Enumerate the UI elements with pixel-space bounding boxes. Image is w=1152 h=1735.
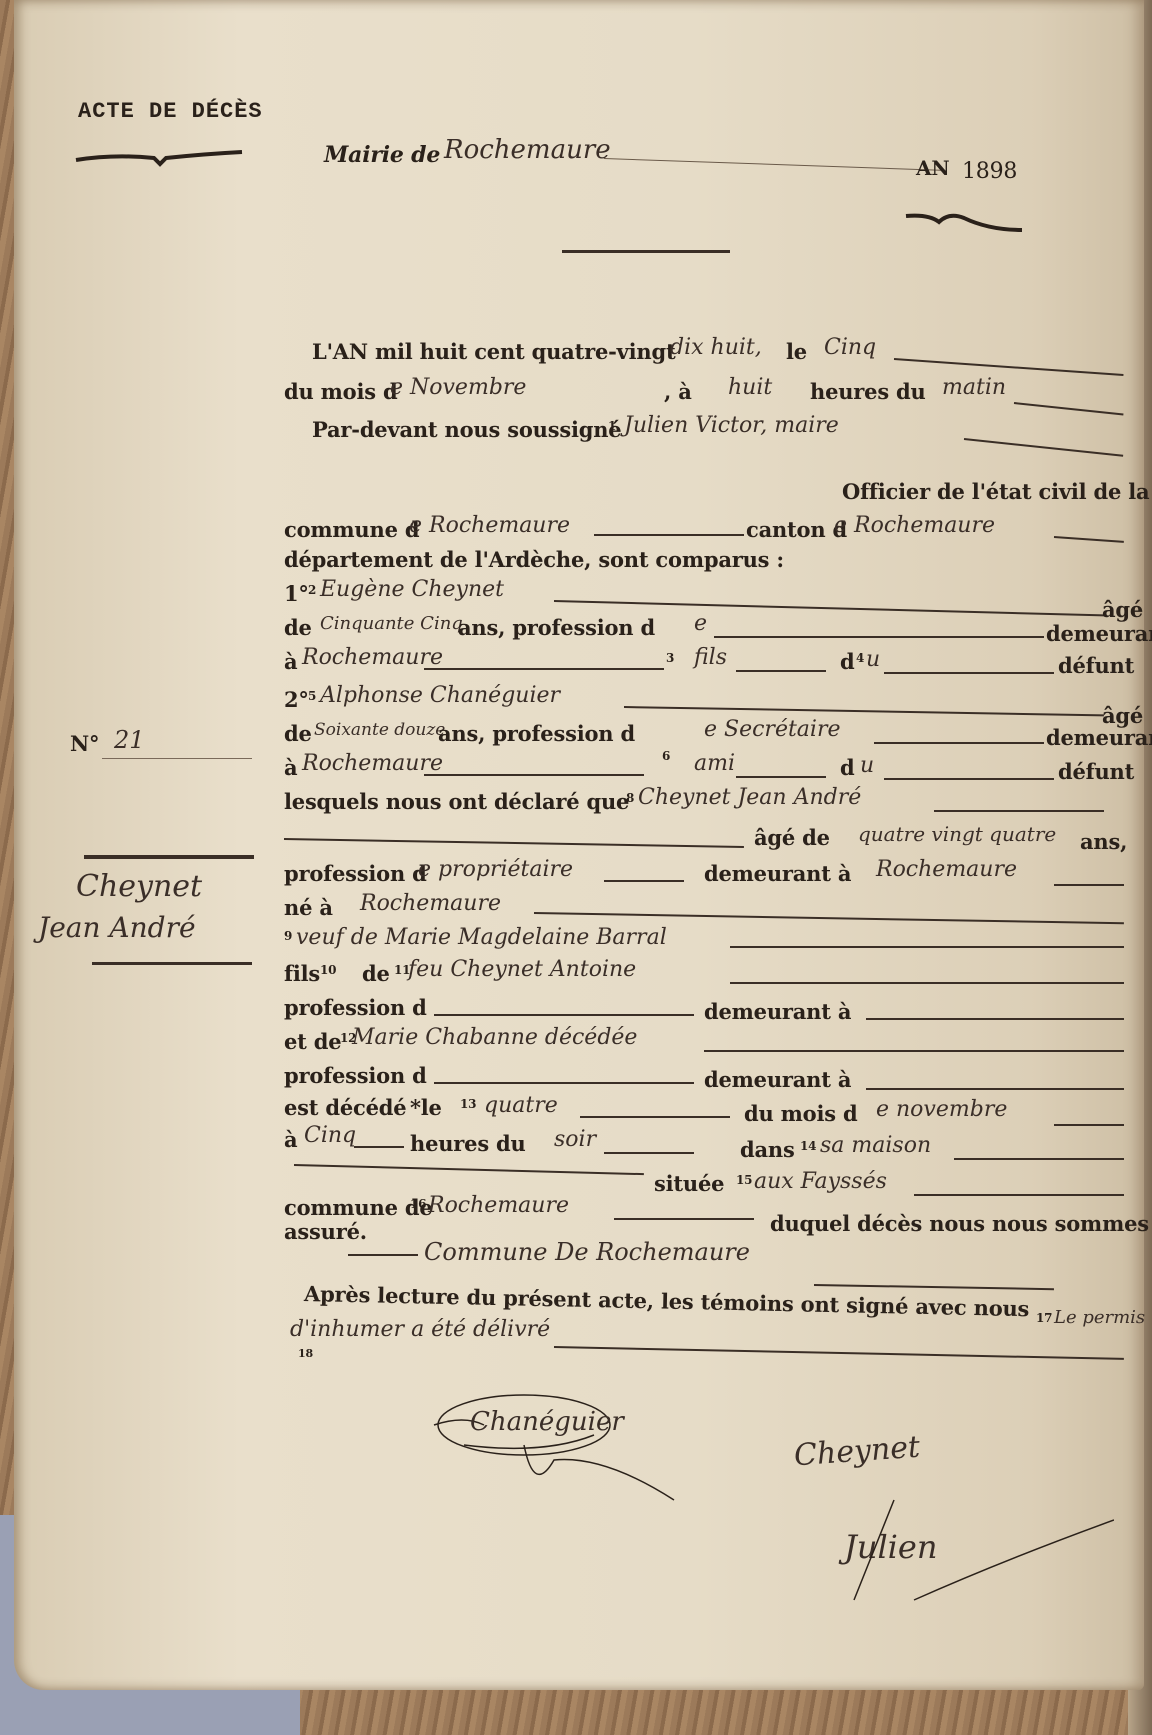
footnote-marker: 8 [626,786,634,810]
day-of-act: Cinq [824,336,876,360]
mother-label: et de [284,1030,341,1054]
fill-line [604,880,684,882]
fill-line [914,1194,1124,1196]
line1-printed: L'AN mil huit cent quatre-vingt [312,340,675,364]
death-period: soir [554,1128,596,1152]
signature-chaneguier: Chanéguier [470,1410,624,1434]
fill-line [894,358,1124,376]
witness1-a: à [284,650,297,674]
deceased-dem-label: demeurant à [704,862,851,886]
signature-cheynet: Cheynet [793,1436,920,1469]
fill-line [614,1218,754,1220]
birthplace-value: Rochemaure [360,892,501,916]
fill-line [604,1152,694,1154]
fill-line [354,1146,404,1148]
footnote-marker: 17 [1036,1306,1052,1330]
commune-note: Commune De Rochemaure [424,1240,750,1264]
deceased-age-label: âgé de [754,826,830,850]
canton-label: canton d [746,518,847,542]
fill-line [730,982,1124,984]
line2-printed: du mois d [284,380,398,404]
number-underline [102,758,252,759]
mother-name: Marie Chabanne décédée [352,1026,637,1050]
footnote-marker: 10 [320,958,336,982]
fill-line [594,534,744,536]
act-number-value: 21 [114,728,145,752]
witness2-residence: Rochemaure [302,752,443,776]
line3-printed: Par-devant nous soussigné [312,418,621,442]
footnote-marker: 14 [800,1134,816,1158]
fill-line [874,742,1044,744]
witness1-dem-label: demeurant [1046,622,1152,646]
death-day: quatre [484,1094,558,1118]
fill-line [1014,402,1124,415]
fill-line [866,1018,1124,1020]
fill-line [434,1014,694,1016]
year-value: 1898 [962,160,1017,184]
witness2-relation: ami [694,752,735,776]
footnote-marker: 16 [410,1192,426,1216]
witness1-residence: Rochemaure [302,646,443,670]
witness2-profession: e Secrétaire [704,718,841,742]
fill-line [348,1254,418,1256]
fill-line [704,1050,1124,1052]
deceased-age: quatre vingt quatre [858,822,1056,846]
fill-line [884,778,1054,780]
witness1-defunt: défunt [1058,654,1134,678]
fill-line [534,912,1124,924]
fill-line [554,600,1104,616]
mairie-line [604,158,944,171]
place-label: dans [740,1138,795,1162]
footnote-marker: 4 [856,646,864,670]
death-hour-label: heures du [410,1132,526,1156]
deceased-profession: e propriétaire [418,858,573,882]
deceased-prof-label: profession d [284,862,427,886]
death-place: sa maison [820,1134,931,1158]
witness1-de: de [284,616,312,640]
witness2-de: de [284,722,312,746]
witness1-du: u [866,648,880,672]
commune-death-value: Rochemaure [428,1194,569,1218]
witness2-age: Soixante douze [314,718,445,742]
witness1-profession: e [694,612,707,636]
line4-printed: Officier de l'état civil de la [842,480,1149,504]
fill-line [624,706,1104,716]
situee-value: aux Fayssés [754,1170,887,1194]
footnote-marker: 2 [308,578,316,602]
fill-line [866,1088,1124,1090]
birthplace-label: né à [284,896,333,920]
line2-a: , à [664,380,692,404]
death-certificate-page: ACTE DE DÉCÈS Mairie de Rochemaure AN 18… [14,0,1144,1690]
fill-line [1054,1124,1124,1126]
footnote-marker: 5 [308,684,316,708]
witness2-d: d [840,756,854,780]
spouse-info: veuf de Marie Magdelaine Barral [296,926,667,950]
fill-line [424,668,664,670]
footnote-marker: 3 [666,646,674,670]
fill-line [434,1082,694,1084]
fill-line [736,670,826,672]
duquel-text: duquel décès nous nous sommes [770,1212,1149,1236]
fill-line [964,438,1123,457]
father-name: feu Cheynet Antoine [408,958,636,982]
footnote-marker: 13 [460,1092,476,1116]
officer-name: Julien Victor, maire [624,414,839,438]
witness2-prefix: 2° [284,688,309,712]
mother-prof-label: profession d [284,1064,427,1088]
situee-label: située [654,1172,724,1196]
declaration-printed: lesquels nous ont déclaré que [284,790,629,814]
death-le: *le [410,1096,442,1120]
margin-rule-top [84,855,254,859]
fill-line [580,1116,730,1118]
deceased-residence: Rochemaure [876,858,1017,882]
witness1-name: Eugène Cheynet [320,578,504,602]
death-month-label: du mois d [744,1102,858,1126]
line1-le: le [786,340,807,364]
month-of-act: e Novembre [390,376,526,400]
act-title: ACTE DE DÉCÈS [78,100,263,124]
witness2-name: Alphonse Chanéguier [320,684,560,708]
footnote-marker: 18 [298,1342,313,1366]
death-a: à [284,1128,297,1152]
commune-value: e Rochemaure [409,514,570,538]
witness1-relation: fils [694,646,727,670]
fill-line [294,1164,644,1175]
margin-deceased-surname: Cheynet [76,870,202,904]
fill-line [814,1284,1054,1290]
commune-label: commune d [284,518,419,542]
assure-text: assuré. [284,1220,367,1244]
footnote-marker: 15 [736,1168,752,1192]
father-prof-label: profession d [284,996,427,1020]
witness1-age-label: âgé [1102,598,1143,622]
mairie-label: Mairie de [324,143,440,167]
fill-line [714,636,1044,638]
father-dem-label: demeurant à [704,1000,851,1024]
deceased-name: Cheynet Jean André [638,786,861,810]
witness2-du: u [860,754,874,778]
header-divider [562,250,730,253]
fill-line [736,776,826,778]
mother-dem-label: demeurant à [704,1068,851,1092]
margin-rule-bottom [92,962,252,965]
permit-continued: d'inhumer a été délivré [290,1318,550,1342]
line2-hours: heures du [810,380,926,404]
witness2-a: à [284,756,297,780]
witness2-dem-label: demeurant [1046,726,1152,750]
fill-line [424,774,644,776]
death-label: est décédé [284,1096,406,1120]
fill-line [554,1346,1124,1360]
witness1-age: Cinquante Cinq [320,612,463,636]
act-number-label: N° [70,732,99,756]
fill-line [1054,536,1124,543]
flourish-ornament-left [74,150,244,170]
hour-of-act: huit [728,376,772,400]
footnote-marker: 1 [608,414,616,438]
departement-line: département de l'Ardèche, sont comparus … [284,548,784,572]
footnote-marker: 6 [662,744,670,768]
witness1-prof-label: ans, profession d [458,616,655,640]
deceased-age-unit: ans, [1080,830,1127,854]
margin-deceased-given: Jean André [38,912,196,944]
witness2-prof-label: ans, profession d [438,722,635,746]
fill-line [730,946,1124,948]
witness1-prefix: 1° [284,582,309,606]
signature-flourish-chaneguier [424,1385,694,1515]
de-label: de [362,962,390,986]
period-of-act: matin [942,376,1006,400]
fill-line [934,810,1104,812]
death-month: e novembre [876,1098,1007,1122]
flourish-ornament-right [904,210,1024,240]
canton-value: e Rochemaure [834,514,995,538]
witness2-defunt: défunt [1058,760,1134,784]
year-label: AN [916,156,949,180]
witness1-d: d [840,650,854,674]
permit-text: Le permis [1054,1306,1145,1330]
fill-line [954,1158,1124,1160]
fils-label: fils [284,962,320,986]
fill-line [884,672,1054,674]
fill-line [1054,884,1124,886]
fill-line [284,838,744,848]
year-words: dix huit, [670,336,762,360]
death-hour: Cinq [304,1124,356,1148]
signature-flourish-julien [794,1480,1114,1620]
footnote-marker: 9 [284,924,292,948]
mairie-value: Rochemaure [444,138,611,162]
